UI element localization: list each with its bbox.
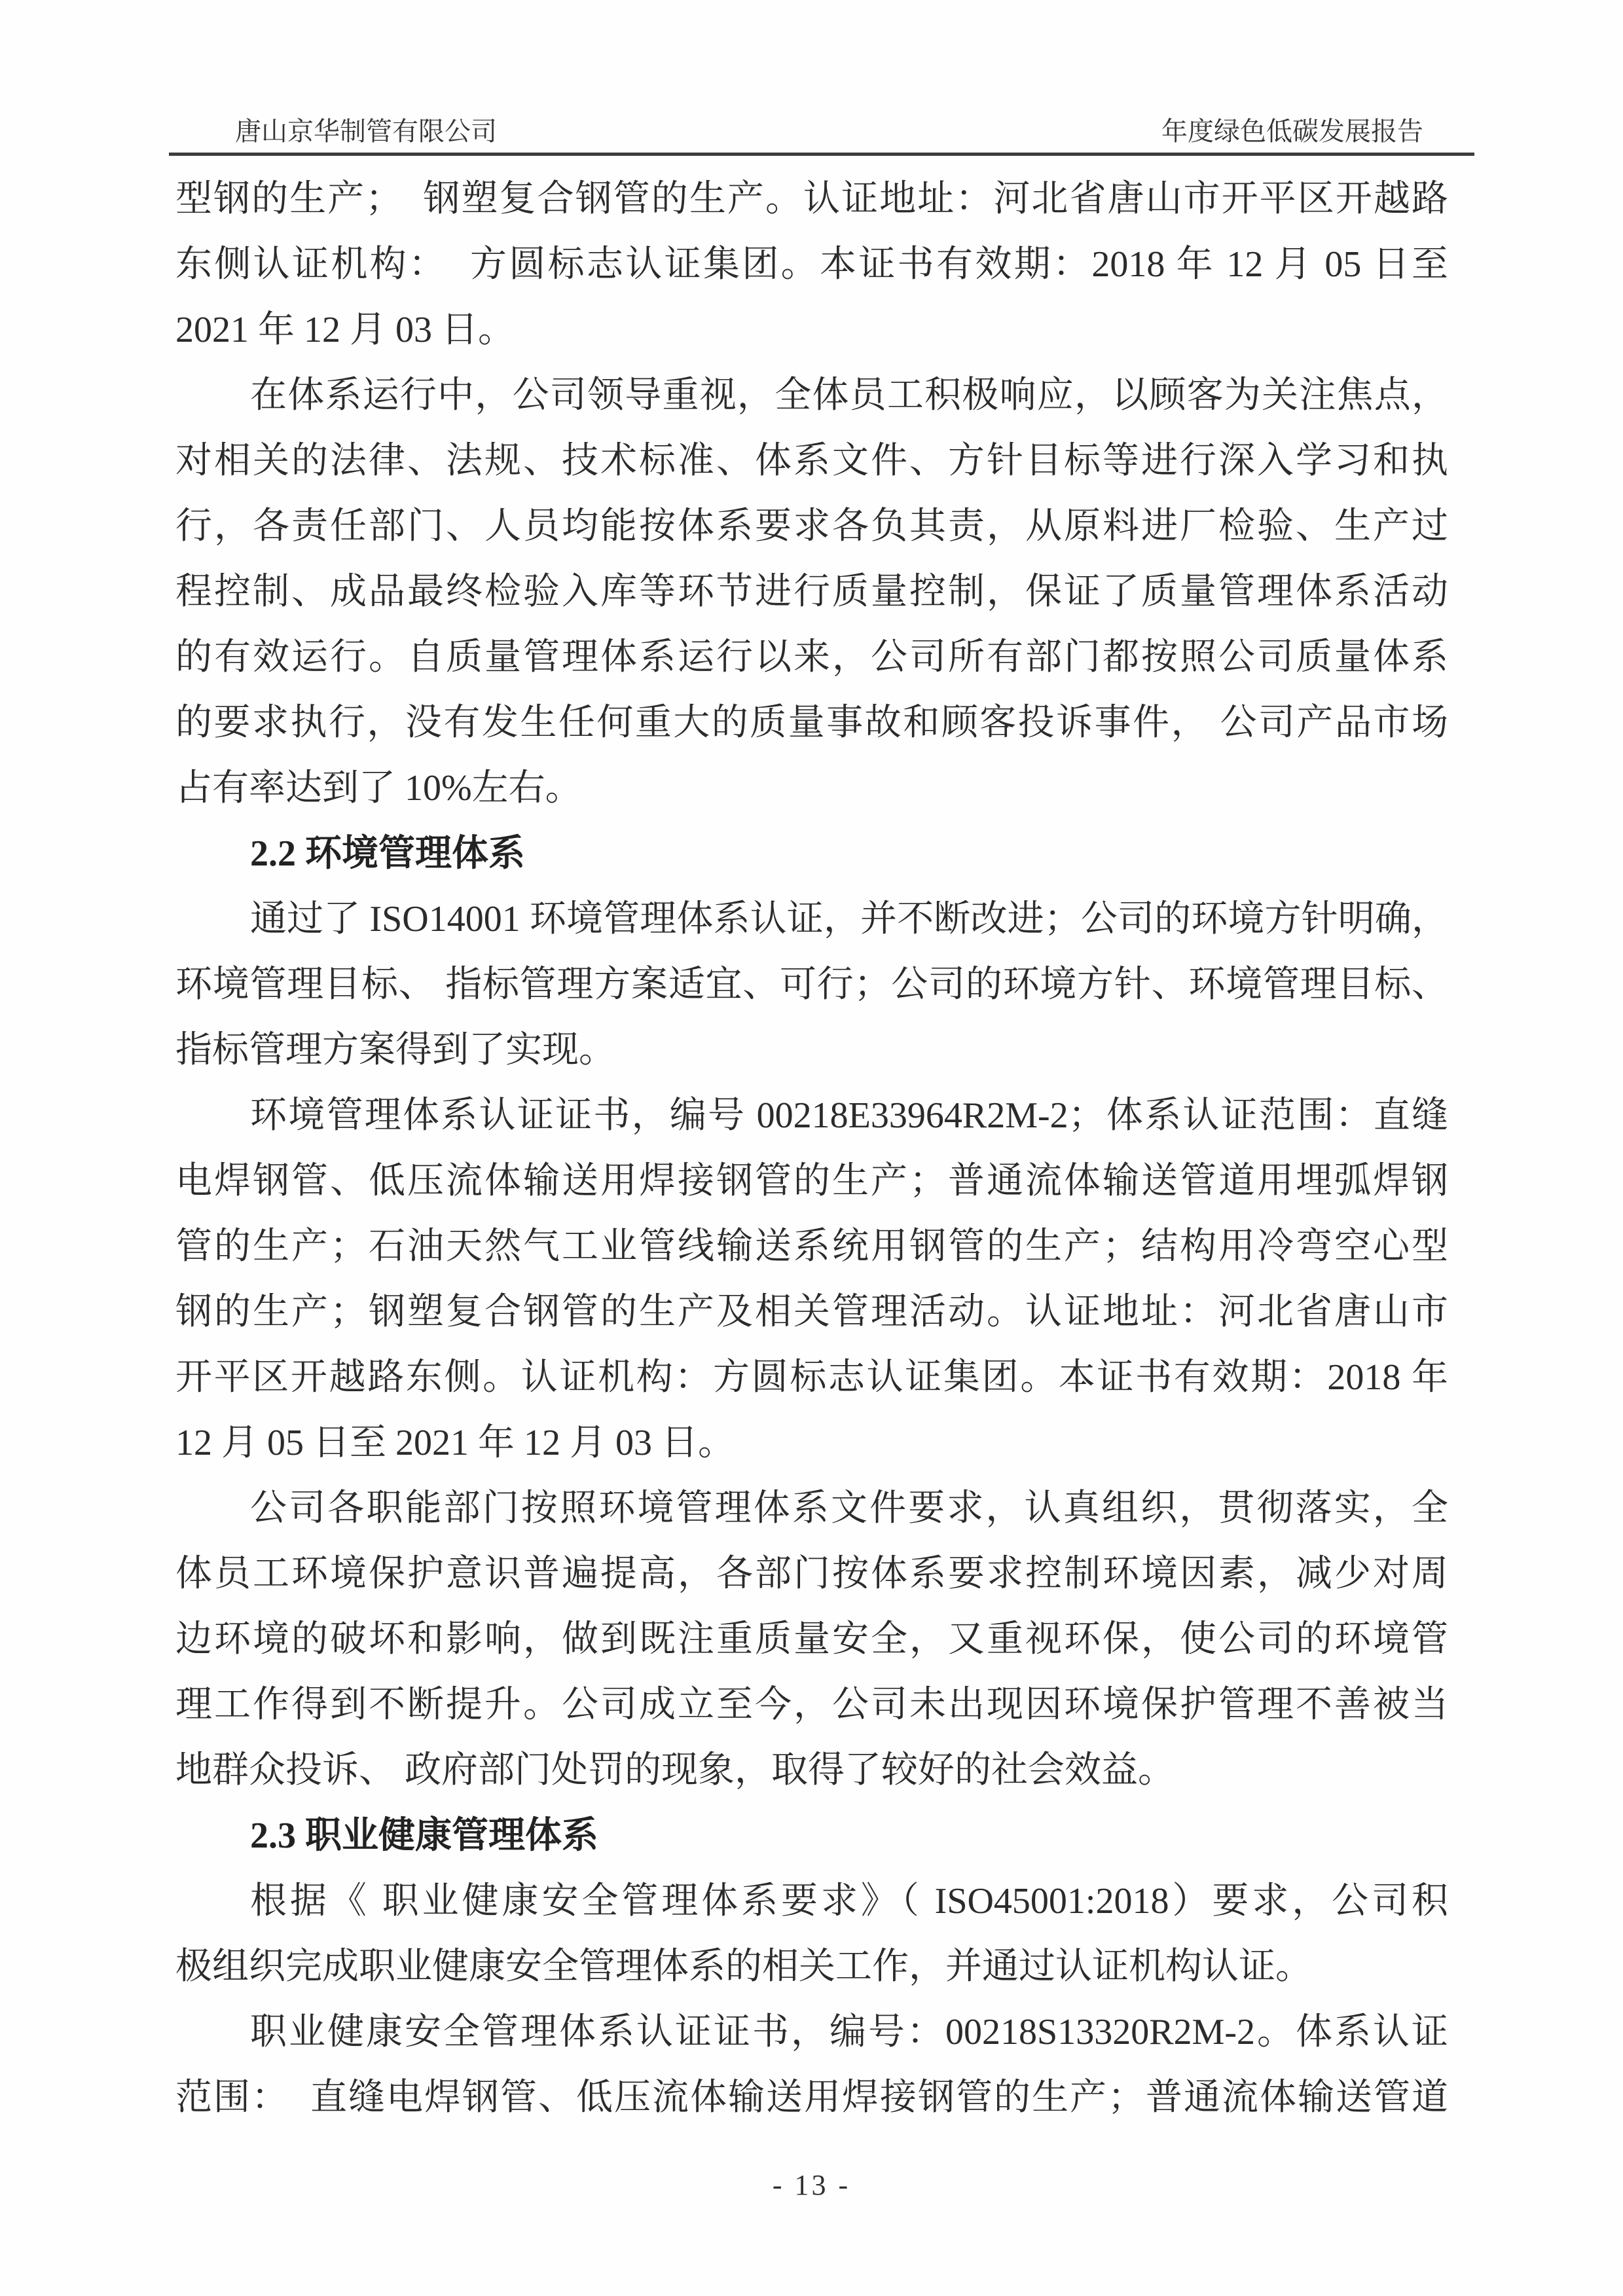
- text-line: 的要求执行，没有发生任何重大的质量事故和顾客投诉事件， 公司产品市场: [175, 690, 1448, 756]
- text-line: 地群众投诉、 政府部门处罚的现象，取得了较好的社会效益。: [175, 1738, 1448, 1803]
- text-line: 东侧认证机构： 方圆标志认证集团。本证书有效期：2018 年 12 月 05 日…: [175, 232, 1448, 297]
- text-line: 管的生产；石油天然气工业管线输送系统用钢管的生产；结构用冷弯空心型: [175, 1214, 1448, 1279]
- text-line: 职业健康安全管理体系认证证书，编号：00218S13320R2M-2。体系认证: [175, 1999, 1448, 2065]
- text-line: 占有率达到了 10%左右。: [175, 756, 1448, 821]
- document-body: 型钢的生产； 钢塑复合钢管的生产。认证地址：河北省唐山市开平区开越路东侧认证机构…: [175, 166, 1448, 2130]
- section-heading: 2.3 职业健康管理体系: [175, 1803, 1448, 1868]
- page-header: 唐山京华制管有限公司 年度绿色低碳发展报告: [170, 105, 1474, 148]
- text-line: 通过了 ISO14001 环境管理体系认证，并不断改进；公司的环境方针明确，: [175, 886, 1448, 952]
- text-line: 对相关的法律、法规、技术标准、体系文件、方针目标等进行深入学习和执: [175, 428, 1448, 494]
- text-line: 在体系运行中，公司领导重视，全体员工积极响应，以顾客为关注焦点，: [175, 363, 1448, 428]
- text-line: 指标管理方案得到了实现。: [175, 1017, 1448, 1083]
- text-line: 电焊钢管、低压流体输送用焊接钢管的生产；普通流体输送管道用埋弧焊钢: [175, 1148, 1448, 1214]
- document-page: 唐山京华制管有限公司 年度绿色低碳发展报告 型钢的生产； 钢塑复合钢管的生产。认…: [0, 0, 1623, 2296]
- text-line: 体员工环境保护意识普遍提高，各部门按体系要求控制环境因素，减少对周: [175, 1541, 1448, 1607]
- text-line: 理工作得到不断提升。公司成立至今，公司未出现因环境保护管理不善被当: [175, 1672, 1448, 1738]
- text-line: 环境管理目标、 指标管理方案适宜、可行；公司的环境方针、环境管理目标、: [175, 952, 1448, 1017]
- text-line: 边环境的破坏和影响，做到既注重质量安全，又重视环保，使公司的环境管: [175, 1607, 1448, 1672]
- text-line: 根据《 职业健康安全管理体系要求》（ ISO45001:2018）要求，公司积: [175, 1868, 1448, 1934]
- header-company-name: 唐山京华制管有限公司: [235, 111, 497, 148]
- text-line: 钢的生产；钢塑复合钢管的生产及相关管理活动。认证地址：河北省唐山市: [175, 1279, 1448, 1345]
- text-line: 程控制、成品最终检验入库等环节进行质量控制，保证了质量管理体系活动: [175, 559, 1448, 625]
- text-line: 12 月 05 日至 2021 年 12 月 03 日。: [175, 1410, 1448, 1476]
- text-line: 的有效运行。自质量管理体系运行以来，公司所有部门都按照公司质量体系: [175, 625, 1448, 690]
- page-number: - 13 -: [0, 2168, 1623, 2202]
- text-line: 2021 年 12 月 03 日。: [175, 297, 1448, 363]
- text-line: 极组织完成职业健康安全管理体系的相关工作，并通过认证机构认证。: [175, 1934, 1448, 1999]
- text-line: 范围： 直缝电焊钢管、低压流体输送用焊接钢管的生产；普通流体输送管道: [175, 2065, 1448, 2130]
- text-line: 行，各责任部门、人员均能按体系要求各负其责，从原料进厂检验、生产过: [175, 494, 1448, 559]
- header-divider: [169, 153, 1474, 156]
- text-line: 开平区开越路东侧。认证机构：方圆标志认证集团。本证书有效期：2018 年: [175, 1345, 1448, 1410]
- text-line: 环境管理体系认证证书，编号 00218E33964R2M-2；体系认证范围：直缝: [175, 1083, 1448, 1148]
- header-report-title: 年度绿色低碳发展报告: [1161, 111, 1423, 148]
- text-line: 型钢的生产； 钢塑复合钢管的生产。认证地址：河北省唐山市开平区开越路: [175, 166, 1448, 232]
- text-line: 公司各职能部门按照环境管理体系文件要求，认真组织，贯彻落实，全: [175, 1476, 1448, 1541]
- section-heading: 2.2 环境管理体系: [175, 821, 1448, 886]
